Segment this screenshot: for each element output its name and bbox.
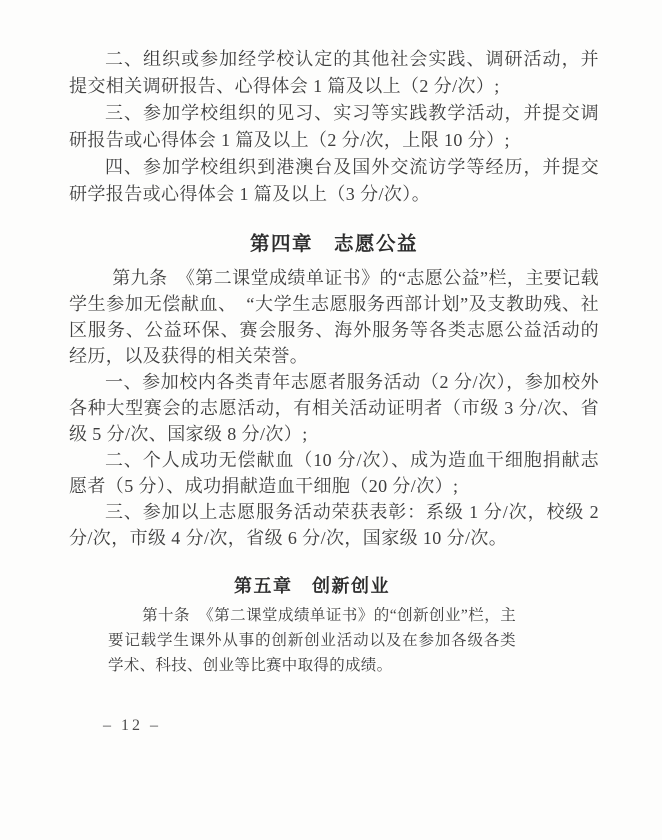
chapter-4-heading: 第四章 志愿公益: [69, 230, 599, 258]
chapter-5-heading: 第五章 创新创业: [108, 575, 516, 597]
document-page: 二、组织或参加经学校认定的其他社会实践、调研活动，并提交相关调研报告、心得体会 …: [0, 0, 662, 840]
volunteer-item-3: 三、参加以上志愿服务活动荣获表彰：系级 1 分/次，校级 2 分/次，市级 4 …: [69, 499, 599, 551]
article-10-paragraph: 第十条 《第二课堂成绩单证书》的“创新创业”栏，主要记载学生课外从事的创新创业活…: [108, 603, 516, 678]
page-content: 二、组织或参加经学校认定的其他社会实践、调研活动，并提交相关调研报告、心得体会 …: [69, 46, 599, 678]
volunteer-item-2: 二、个人成功无偿献血（10 分/次）、成为造血干细胞捐献志愿者（5 分）、成功捐…: [69, 447, 599, 499]
chapter-5-block: 第五章 创新创业 第十条 《第二课堂成绩单证书》的“创新创业”栏，主要记载学生课…: [108, 575, 516, 678]
practice-item-4: 四、参加学校组织到港澳台及国外交流访学等经历，并提交研学报告或心得体会 1 篇及…: [69, 154, 599, 208]
page-number: – 12 –: [103, 717, 161, 735]
practice-item-2: 二、组织或参加经学校认定的其他社会实践、调研活动，并提交相关调研报告、心得体会 …: [69, 46, 599, 100]
practice-item-3: 三、参加学校组织的见习、实习等实践教学活动，并提交调研报告或心得体会 1 篇及以…: [69, 100, 599, 154]
article-9-paragraph: 第九条 《第二课堂成绩单证书》的“志愿公益”栏，主要记载学生参加无偿献血、 “大…: [69, 265, 599, 369]
volunteer-item-1: 一、参加校内各类青年志愿者服务活动（2 分/次），参加校外各种大型赛会的志愿活动…: [69, 369, 599, 447]
